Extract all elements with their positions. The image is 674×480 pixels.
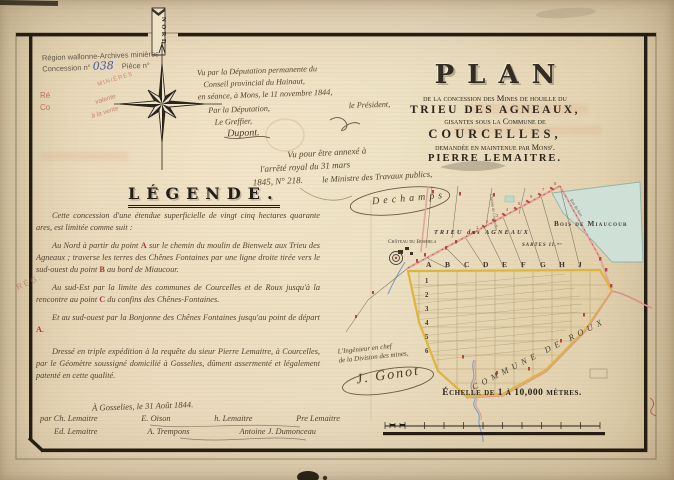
grid-letter: E — [502, 260, 507, 269]
legend-paragraph: Au Nord à partir du point A sur le chemi… — [36, 240, 320, 276]
grid-letter: J — [578, 260, 582, 269]
shaft-number: 6 — [530, 194, 533, 199]
scanned-plan-page: Ré Co MINIÈRES valente à la vente RÉG. N… — [0, 0, 674, 480]
approval-by-line: Par la Députation, — [208, 103, 270, 117]
grid-letter: F — [521, 260, 526, 269]
scale-bar — [383, 422, 605, 435]
deputation-approval-note: Vu par la Députation permanente du Conse… — [197, 61, 391, 142]
map-drawing: 1 2 3 4 5 6 7 8 A B C D E F — [346, 181, 652, 442]
grid-letter: H — [559, 260, 565, 269]
grid-letter: A — [426, 260, 432, 269]
stamp-fragment-text: MINIÈRES — [97, 70, 134, 88]
bois-label: Bois de Miaucour — [554, 220, 628, 228]
boundary-point-letter: A — [141, 241, 147, 250]
legend-paragraph: Cette concession d'une étendue superfici… — [36, 210, 320, 234]
shaft-number: 2 — [486, 219, 489, 224]
shaft-numbers: 1 2 3 4 5 6 7 8 — [476, 181, 557, 230]
grid-number: 3 — [425, 306, 429, 313]
legend-paragraphs: Cette concession d'une étendue superfici… — [36, 210, 320, 388]
title-line: gisantes sous la Commune de — [388, 117, 602, 126]
shaft-number: 7 — [542, 187, 545, 192]
plan-title: PLAN — [388, 60, 602, 90]
concession-number-handwritten: 038 — [92, 59, 113, 73]
nord-label: NORD — [160, 17, 167, 46]
title-commune-name: COURCELLES, — [388, 127, 602, 142]
legend-signature-row-2: Ed. LemaitreA. TremponsAntoine J. Dumonc… — [54, 427, 316, 436]
signature-text: Ed. Lemaitre — [54, 427, 97, 436]
grid-number: 2 — [425, 292, 429, 299]
sartes-label: SARTES II.ᵐᵉ — [522, 243, 563, 248]
legend-paragraph: Dressé en triple expédition à la requête… — [36, 346, 320, 382]
shaft-number: 4 — [506, 207, 509, 212]
scale-caption: Échelle de 1 à 10,000 mètres. — [402, 388, 622, 398]
signature-text: E. Oison — [141, 414, 170, 423]
grid-number: 5 — [425, 334, 429, 341]
chateau-buildings — [398, 247, 413, 255]
shaft-number: 8 — [554, 181, 557, 186]
grid-number: 4 — [425, 320, 429, 327]
signature-text: Antoine J. Dumonceau — [239, 427, 316, 436]
approval-president: le Président, — [349, 99, 391, 112]
shaft-number: 5 — [518, 201, 521, 206]
boundary-point-letter: A — [36, 325, 42, 334]
signature-text: h. Lemaitre — [214, 414, 252, 423]
nord-ribbon: NORD — [152, 8, 167, 55]
grid-letter: D — [483, 260, 489, 269]
title-concession-name: TRIEU DES AGNEAUX, — [388, 104, 602, 116]
trieu-label: TRIEU des AGNEAUX — [434, 229, 530, 236]
signature-text: A. Trempons — [147, 427, 189, 436]
small-label-box — [590, 369, 607, 378]
main-shaft-symbol — [390, 252, 403, 265]
legend-title: LÉGENDE. — [128, 184, 258, 204]
stamp-fragment-text: Ré — [40, 91, 51, 100]
grid-letter: C — [464, 260, 469, 269]
title-line: de la concession des Mines de houille du — [388, 93, 602, 103]
grid-number: 1 — [425, 278, 429, 285]
boundary-point-letter: C — [99, 295, 105, 304]
legend-paragraph: Au sud-Est par la limite des communes de… — [36, 282, 320, 306]
signature-text: par Ch. Lemaitre — [40, 414, 98, 423]
chateau-label: Château du Bosmela — [388, 239, 437, 245]
stamp-fragment-text: valente — [95, 93, 117, 106]
stamp-fragment-text: Co — [40, 103, 51, 112]
legend-paragraph: Et au sud-ouest par la Bonjonne des Chên… — [36, 312, 320, 336]
grid-number: 6 — [425, 348, 429, 355]
grid-letter: G — [540, 260, 546, 269]
boundary-point-letter: B — [99, 265, 105, 274]
grid-letter: B — [445, 260, 450, 269]
signature-text: Pre Lemaitre — [296, 414, 340, 423]
legend-signature-row-1: par Ch. LemaitreE. Oisonh. LemaitrePre L… — [40, 414, 340, 423]
stamp-fragment-text: à la vente — [91, 105, 120, 120]
